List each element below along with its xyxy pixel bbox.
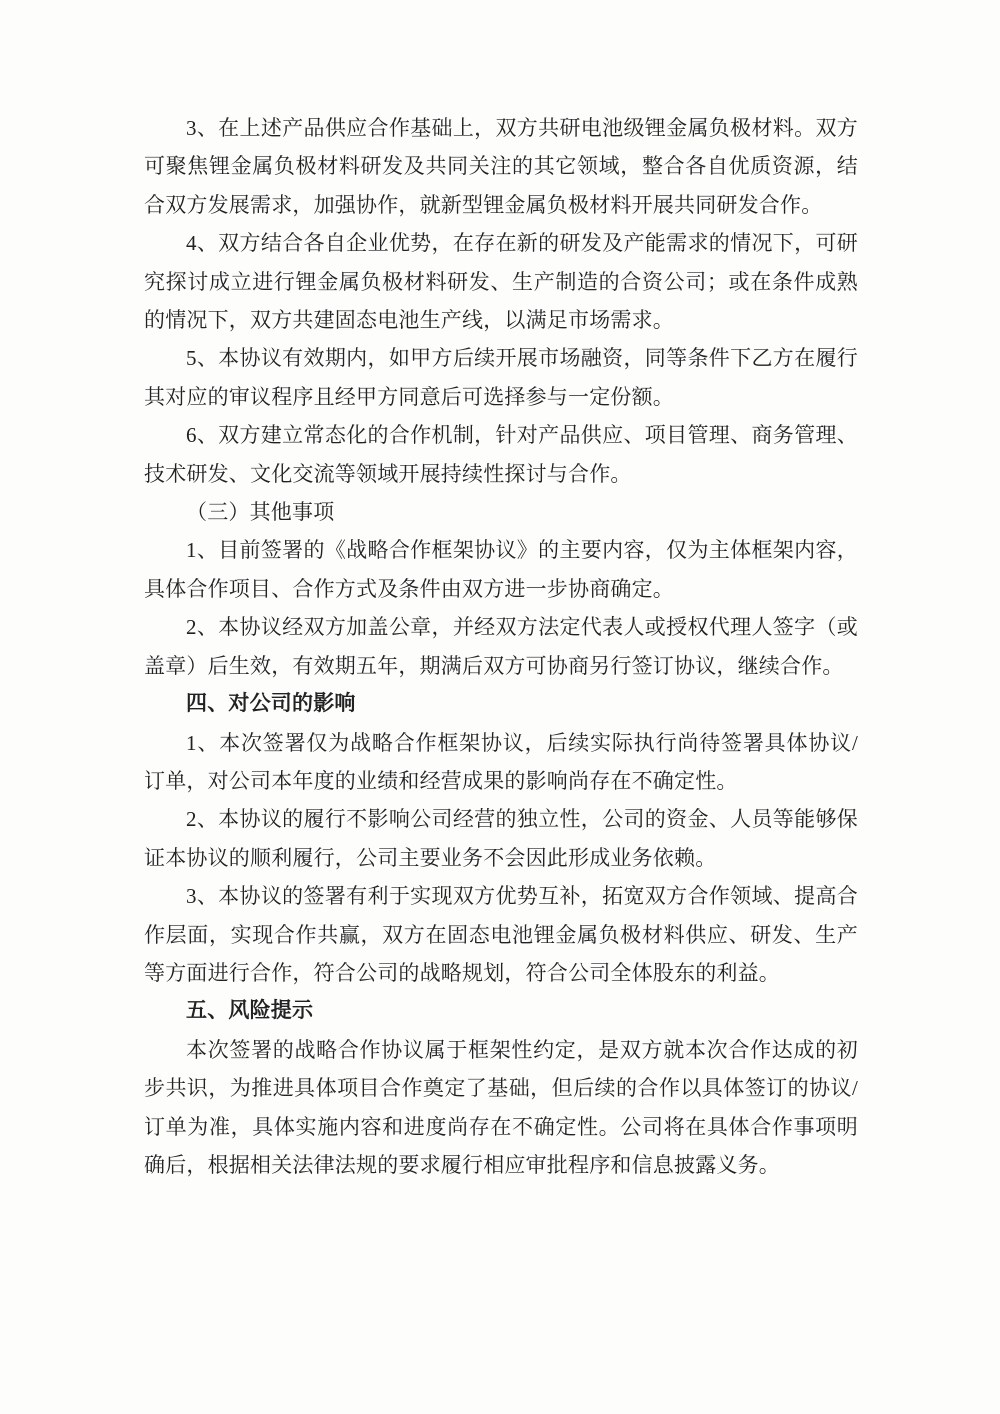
document-paragraph: 本次签署的战略合作协议属于框架性约定，是双方就本次合作达成的初步共识，为推进具体… (144, 1031, 858, 1185)
document-paragraph: 2、本协议经双方加盖公章，并经双方法定代表人或授权代理人签字（或盖章）后生效，有… (144, 608, 858, 685)
document-page: 3、在上述产品供应合作基础上，双方共研电池级锂金属负极材料。双方可聚焦锂金属负极… (0, 0, 1000, 1414)
section-heading: 五、风险提示 (144, 992, 858, 1030)
document-paragraph: 2、本协议的履行不影响公司经营的独立性，公司的资金、人员等能够保证本协议的顺利履… (144, 800, 858, 877)
document-paragraph: 3、本协议的签署有利于实现双方优势互补，拓宽双方合作领域、提高合作层面，实现合作… (144, 877, 858, 992)
section-heading: 四、对公司的影响 (144, 685, 858, 723)
document-paragraph: 1、本次签署仅为战略合作框架协议，后续实际执行尚待签署具体协议/订单，对公司本年… (144, 724, 858, 801)
document-paragraph: 6、双方建立常态化的合作机制，针对产品供应、项目管理、商务管理、技术研发、文化交… (144, 416, 858, 493)
subsection-heading: （三）其他事项 (144, 493, 858, 531)
document-paragraph: 3、在上述产品供应合作基础上，双方共研电池级锂金属负极材料。双方可聚焦锂金属负极… (144, 109, 858, 224)
document-paragraph: 4、双方结合各自企业优势，在存在新的研发及产能需求的情况下，可研究探讨成立进行锂… (144, 224, 858, 339)
document-paragraph: 1、目前签署的《战略合作框架协议》的主要内容，仅为主体框架内容，具体合作项目、合… (144, 531, 858, 608)
document-body: 3、在上述产品供应合作基础上，双方共研电池级锂金属负极材料。双方可聚焦锂金属负极… (144, 109, 858, 1184)
document-paragraph: 5、本协议有效期内，如甲方后续开展市场融资，同等条件下乙方在履行其对应的审议程序… (144, 339, 858, 416)
